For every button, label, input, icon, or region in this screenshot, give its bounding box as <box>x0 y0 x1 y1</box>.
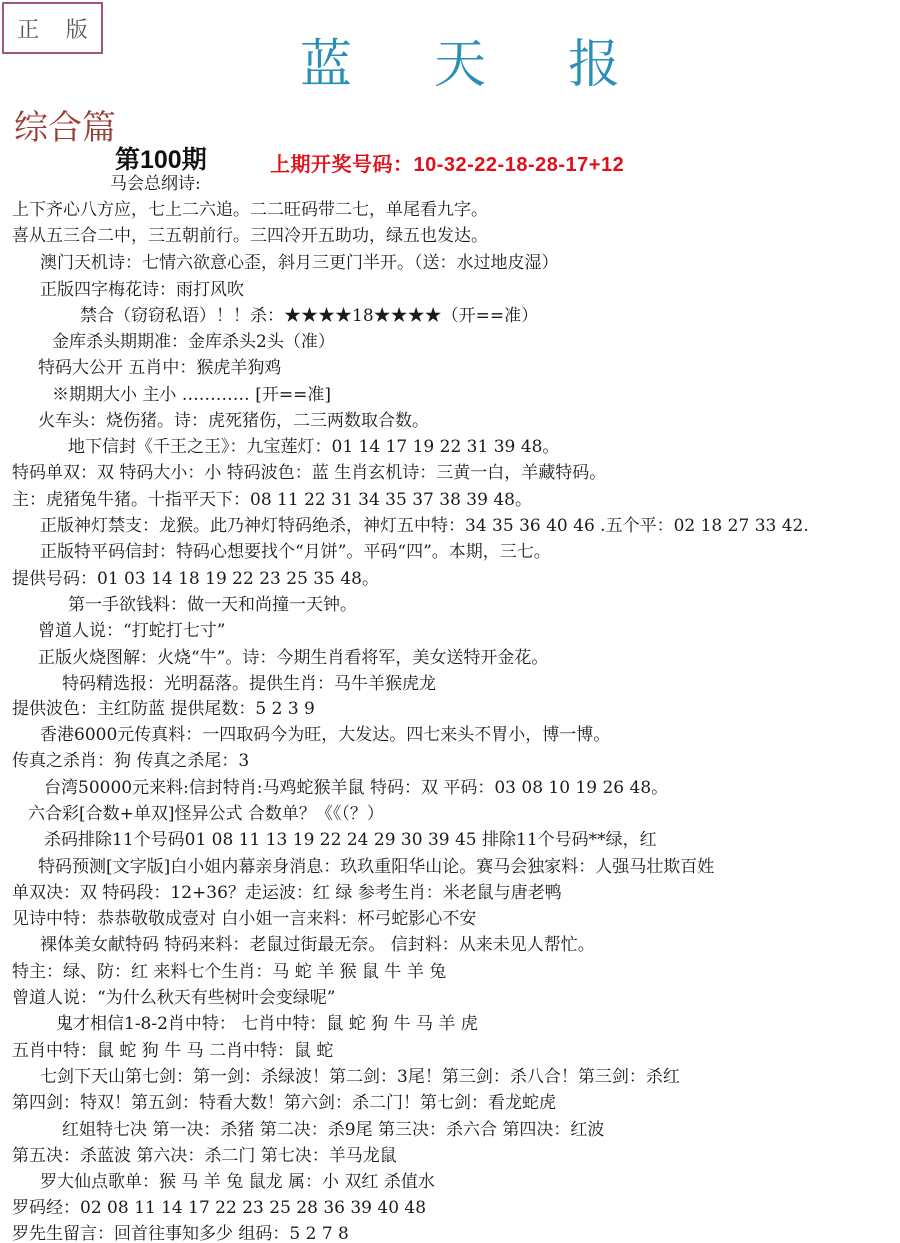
text-line: 第五决：杀蓝波 第六决：杀二门 第七决：羊马龙鼠 <box>12 1145 397 1167</box>
stamp-char-2: 版 <box>66 13 88 44</box>
text-line: 香港6000元传真料：一四取码今为旺，大发达。四七来头不胃小，博一博。 <box>40 724 610 746</box>
text-line: 喜从五三合二中，三五朝前行。三四冷开五助功，绿五也发达。 <box>12 225 488 247</box>
masthead-char-1: 蓝 <box>300 22 352 97</box>
text-line: 六合彩[合数+单双]怪异公式 合数单？《《（？） <box>28 803 384 825</box>
text-line: 金库杀头期期准：金库杀头2头（准） <box>52 331 335 353</box>
text-line: ※期期大小 主小 ………… [开==准] <box>52 384 331 406</box>
text-line: 罗码经：02 08 11 14 17 22 23 25 28 36 39 40 … <box>12 1197 426 1219</box>
text-line: 正版神灯禁支：龙猴。此乃神灯特码绝杀，神灯五中特：34 35 36 40 46 … <box>40 515 809 537</box>
text-line: 裸体美女献特码 特码来料：老鼠过街最无奈。 信封料：从来未见人帮忙。 <box>40 934 595 956</box>
text-line: 特主：绿、防：红 来料七个生肖：马 蛇 羊 猴 鼠 牛 羊 兔 <box>12 961 446 983</box>
text-line: 提供号码：01 03 14 18 19 22 23 25 35 48。 <box>12 568 379 590</box>
text-line: 七剑下天山第七剑：第一剑：杀绿波！第二剑：3尾！第三剑：杀八合！第三剑：杀红 <box>40 1066 680 1088</box>
newspaper-masthead: 蓝 天 报 <box>300 22 620 97</box>
text-line: 特码精选报：光明磊落。提供生肖：马牛羊猴虎龙 <box>62 673 436 695</box>
text-line: 第一手欲钱料：做一天和尚撞一天钟。 <box>68 594 357 616</box>
text-line: 五肖中特：鼠 蛇 狗 牛 马 二肖中特：鼠 蛇 <box>12 1040 333 1062</box>
text-line: 曾道人说：“为什么秋天有些树叶会变绿呢” <box>12 987 335 1009</box>
authentic-edition-stamp: 正 版 <box>2 2 103 54</box>
stamp-char-1: 正 <box>17 13 39 44</box>
text-line: 禁合（窃窃私语）！！杀：★★★★18★★★★（开==准） <box>80 305 538 327</box>
text-line: 火车头：烧伤猪。诗：虎死猪伤，二三两数取合数。 <box>38 410 429 432</box>
text-line: 台湾50000元来料:信封特肖:马鸡蛇猴羊鼠 特码：双 平码：03 08 10 … <box>44 777 668 799</box>
text-line: 马会总纲诗: <box>110 173 201 195</box>
masthead-char-2: 天 <box>434 22 486 97</box>
section-title: 综合篇 <box>14 100 116 149</box>
text-line: 特码大公开 五肖中：猴虎羊狗鸡 <box>38 357 281 379</box>
text-line: 罗先生留言：回首往事知多少 组码：5 2 7 8 <box>12 1223 349 1243</box>
text-line: 澳门天机诗：七情六欲意心歪，斜月三更门半开。（送：水过地皮湿） <box>40 252 559 274</box>
text-line: 上下齐心八方应，七上二六追。二二旺码带二七，单尾看九字。 <box>12 199 488 221</box>
text-line: 单双决：双 特码段：12+36？走运波：红 绿 参考生肖：米老鼠与唐老鸭 <box>12 882 562 904</box>
issue-number: 第100期 <box>115 140 207 176</box>
text-line: 正版特平码信封：特码心想要找个“月饼”。平码“四”。本期，三七。 <box>40 541 551 563</box>
text-line: 鬼才相信1-8-2肖中特： 七肖中特：鼠 蛇 狗 牛 马 羊 虎 <box>56 1013 478 1035</box>
last-draw-numbers: 上期开奖号码：10-32-22-18-28-17+12 <box>270 148 624 177</box>
text-line: 特码单双：双 特码大小：小 特码波色：蓝 生肖玄机诗：三黄一白，羊藏特码。 <box>12 462 606 484</box>
text-line: 地下信封《千王之王》：九宝莲灯：01 14 17 19 22 31 39 48。 <box>68 436 559 458</box>
text-line: 曾道人说：“打蛇打七寸” <box>38 620 225 642</box>
text-line: 杀码排除11个号码01 08 11 13 19 22 24 29 30 39 4… <box>44 829 657 851</box>
text-line: 见诗中特：恭恭敬敬成壹对 白小姐一言来料：杯弓蛇影心不安 <box>12 908 476 930</box>
text-line: 传真之杀肖：狗 传真之杀尾：3 <box>12 750 249 772</box>
text-line: 正版四字梅花诗：雨打风吹 <box>40 279 244 301</box>
text-line: 主：虎猪兔牛猪。十指平天下：08 11 22 31 34 35 37 38 39… <box>12 489 532 511</box>
text-line: 第四剑：特双！第五剑：特看大数！第六剑：杀二门！第七剑：看龙蛇虎 <box>12 1092 556 1114</box>
text-line: 提供波色：主红防蓝 提供尾数：5 2 3 9 <box>12 698 315 720</box>
text-line: 正版火烧图解：火烧“牛”。诗：今期生肖看将军，美女送特开金花。 <box>38 647 548 669</box>
masthead-char-3: 报 <box>568 22 620 97</box>
text-line: 罗大仙点歌单：猴 马 羊 兔 鼠龙 属：小 双红 杀值水 <box>40 1171 435 1193</box>
text-line: 特码预测[文字版]白小姐内幕亲身消息：玖玖重阳华山论。赛马会独家料：人强马壮欺百… <box>38 856 714 878</box>
text-line: 红姐特七决 第一决：杀猪 第二决：杀9尾 第三决：杀六合 第四决：红波 <box>62 1119 604 1141</box>
